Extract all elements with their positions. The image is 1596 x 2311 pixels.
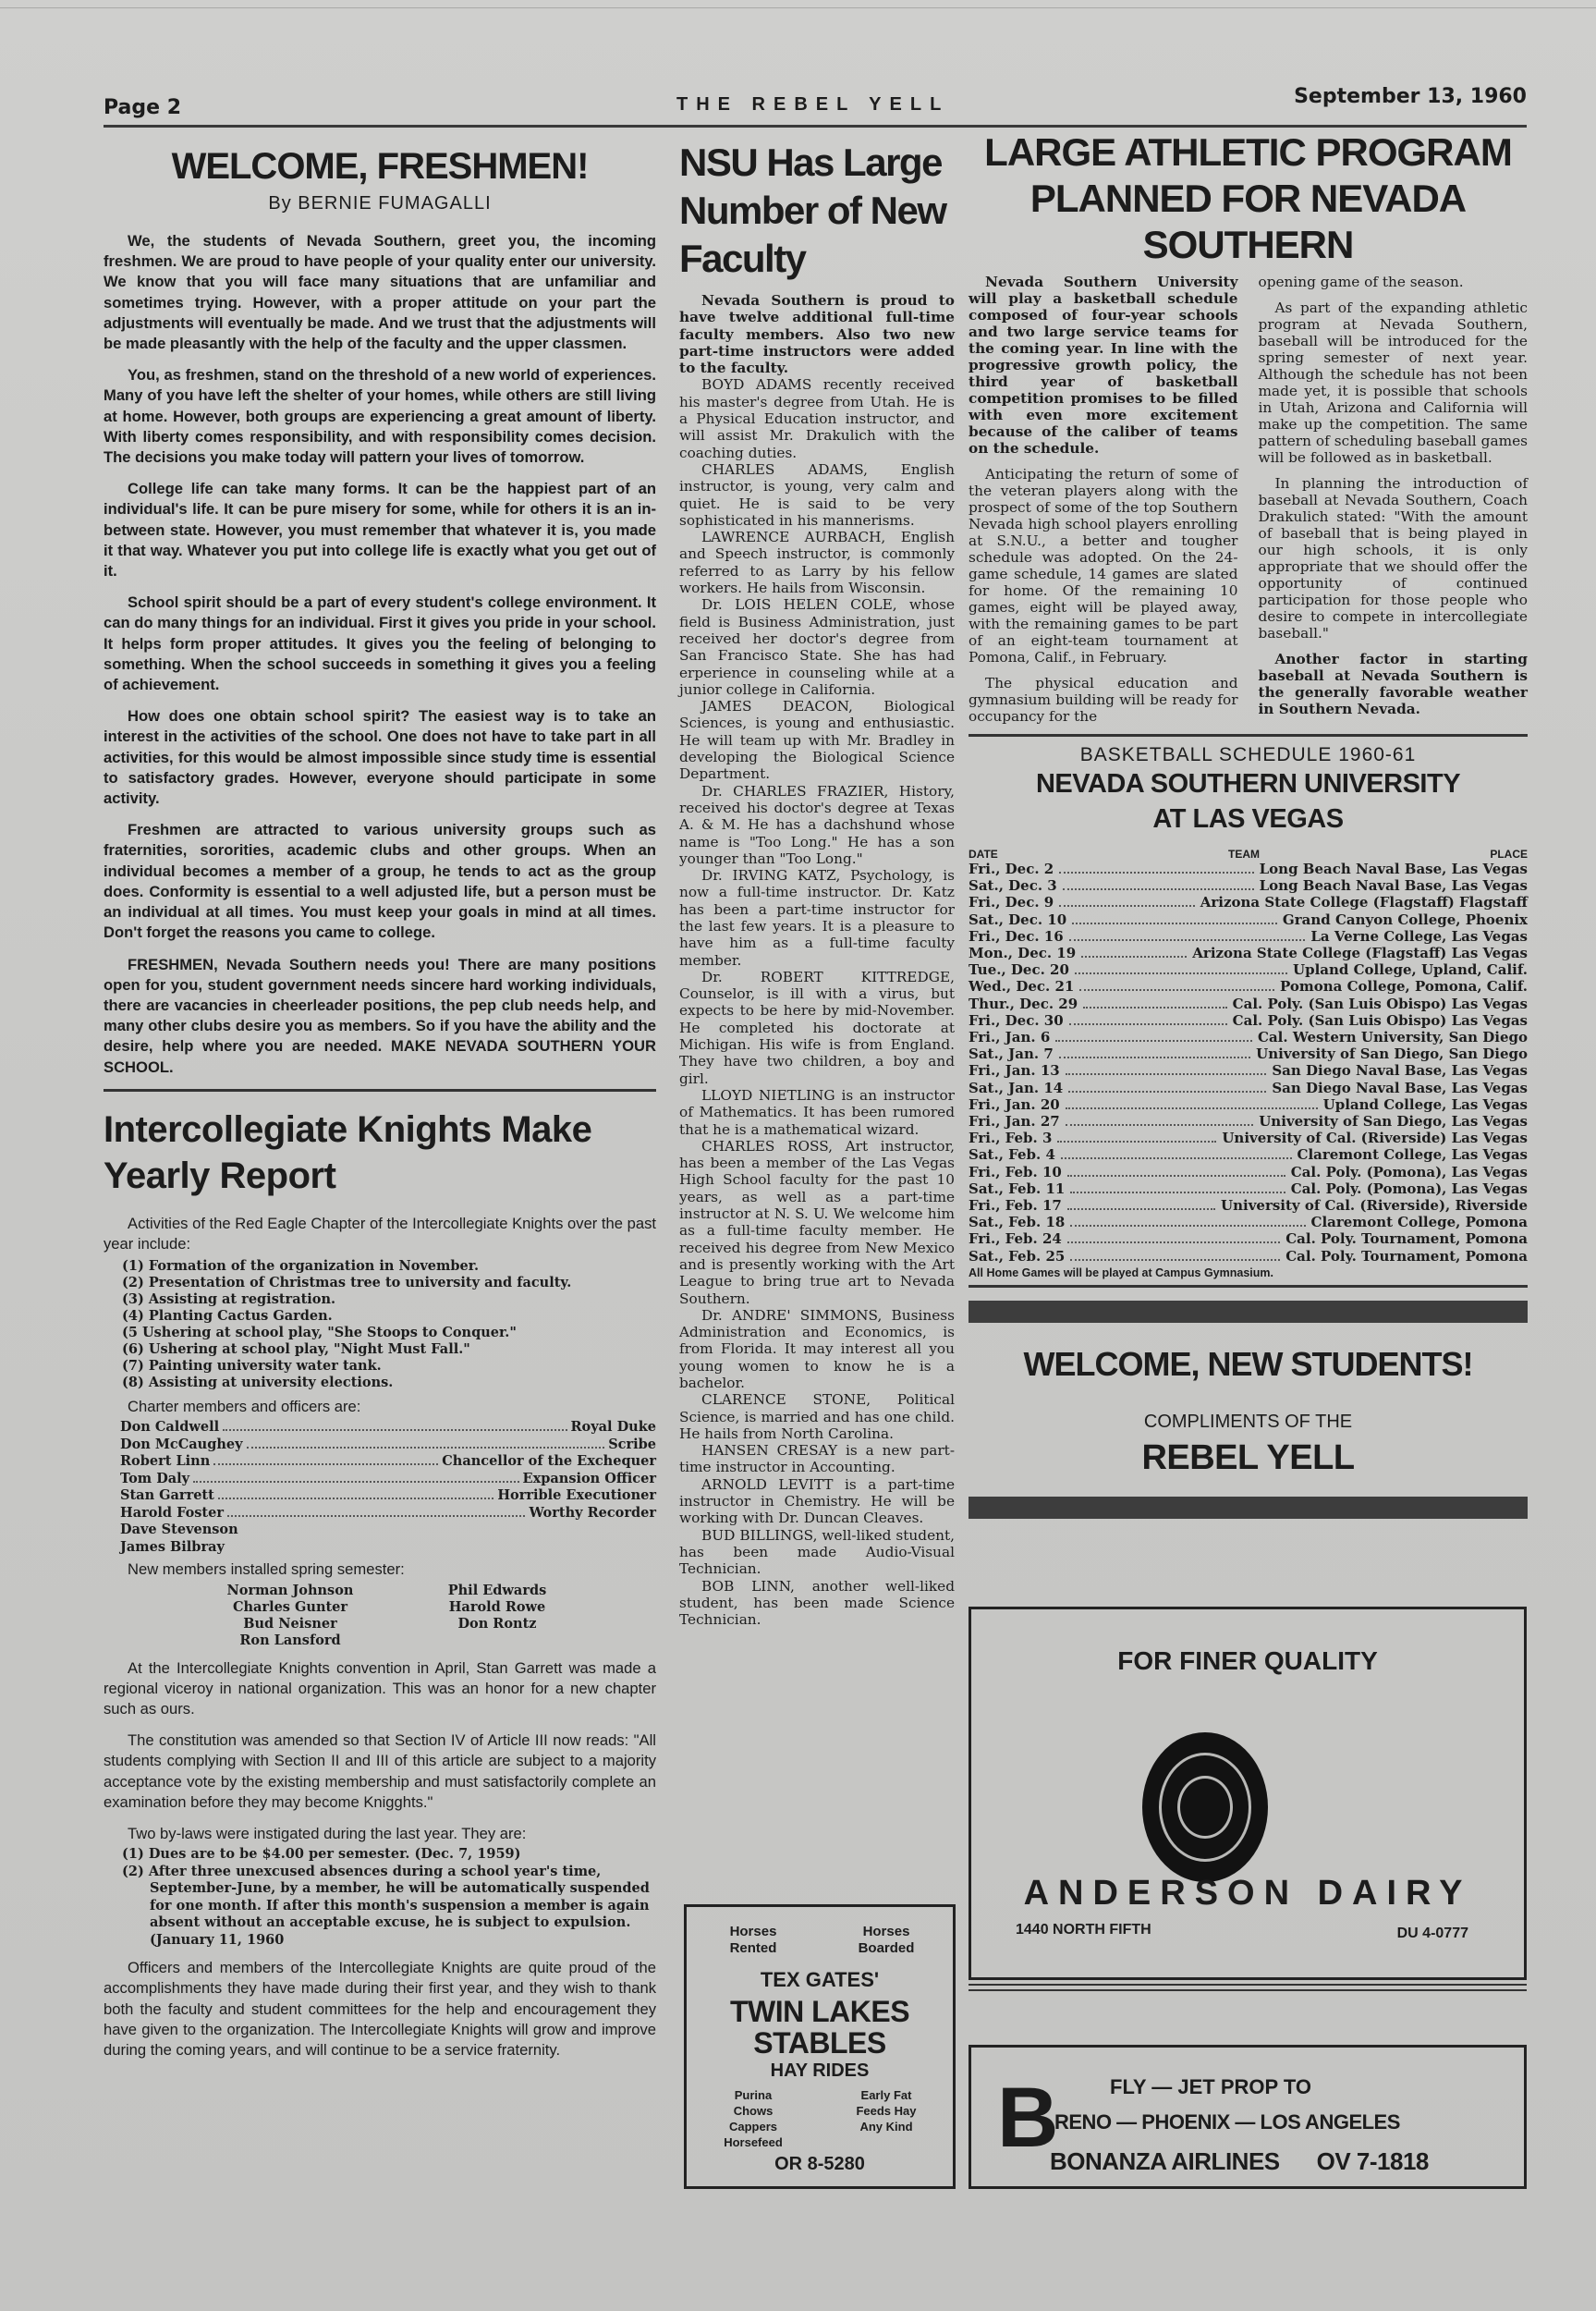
bylaws-list: (1) Dues are to be $4.00 per semester. (… <box>122 1846 656 1949</box>
game-date: Sat., Jan. 14 <box>969 1080 1063 1096</box>
leader-dots <box>1066 1073 1267 1075</box>
ad-twin-lakes-stables: Horses RentedHorses Boarded TEX GATES' T… <box>684 1904 956 2189</box>
leader-dots <box>1081 956 1187 958</box>
paragraph: CHARLES ROSS, Art instructor, has been a… <box>679 1138 955 1307</box>
page-number: Page 2 <box>104 96 181 119</box>
game-date: Fri., Feb. 3 <box>969 1130 1052 1146</box>
officer-name: James Bilbray <box>120 1539 225 1557</box>
game-opponent-place: Cal. Poly. (San Luis Obispo) Las Vegas <box>1233 996 1528 1012</box>
officer-name: Robert Linn <box>120 1453 210 1471</box>
game-date: Fri., Feb. 10 <box>969 1164 1062 1180</box>
game-date: Sat., Jan. 7 <box>969 1045 1054 1062</box>
ad-business-name: BONANZA AIRLINES <box>1050 2147 1280 2175</box>
member-name: Norman Johnson <box>187 1583 394 1599</box>
ad-line: FLY — JET PROP TO <box>1110 2075 1311 2099</box>
decorative-bar <box>969 1301 1528 1323</box>
member-name: Ron Lansford <box>187 1632 394 1649</box>
officer-role: Horrible Executioner <box>497 1487 656 1505</box>
officer-row: Dave Stevenson <box>120 1522 656 1539</box>
game-date: Fri., Jan. 6 <box>969 1029 1050 1045</box>
game-opponent-place: Pomona College, Pomona, Calif. <box>1280 978 1528 995</box>
officer-row: Tom DalyExpansion Officer <box>120 1471 656 1488</box>
officer-row: Robert LinnChancellor of the Exchequer <box>120 1453 656 1471</box>
paragraph: As part of the expanding athletic progra… <box>1259 300 1529 466</box>
paragraph: Another factor in starting baseball at N… <box>1259 651 1529 717</box>
game-date: Fri., Jan. 27 <box>969 1113 1060 1130</box>
leader-dots <box>1079 989 1274 991</box>
schedule-row: Fri., Jan. 6Cal. Western University, San… <box>969 1029 1528 1045</box>
new-members-list: Norman JohnsonPhil EdwardsCharles Gunter… <box>187 1583 601 1649</box>
game-date: Fri., Dec. 30 <box>969 1012 1064 1029</box>
ad-text: Horses Rented <box>712 1924 795 1957</box>
ad-owner: TEX GATES' <box>687 1968 953 1992</box>
athletic-left-column: Nevada Southern University will play a b… <box>969 274 1238 734</box>
paragraph: Dr. ROBERT KITTREDGE, Counselor, is ill … <box>679 969 955 1087</box>
issue-date: September 13, 1960 <box>1294 85 1527 108</box>
game-opponent-place: Claremont College, Las Vegas <box>1298 1146 1529 1163</box>
schedule-table: Fri., Dec. 2Long Beach Naval Base, Las V… <box>969 861 1528 1265</box>
game-date: Wed., Dec. 21 <box>969 978 1074 995</box>
leader-dots <box>1070 1225 1305 1227</box>
game-date: Fri., Dec. 9 <box>969 894 1054 911</box>
game-opponent-place: University of San Diego, Las Vegas <box>1259 1113 1528 1130</box>
ad-anderson-dairy: FOR FINER QUALITY ANDERSON DAIRY 1440 NO… <box>969 1607 1527 1980</box>
paragraph: BUD BILLINGS, well-liked student, has be… <box>679 1527 955 1578</box>
masthead-rule <box>104 125 1527 128</box>
game-opponent-place: Grand Canyon College, Phoenix <box>1283 911 1528 928</box>
game-date: Mon., Dec. 19 <box>969 945 1076 961</box>
column-right: LARGE ATHLETIC PROGRAM PLANNED FOR NEVAD… <box>969 129 1528 1532</box>
schedule-row: Sat., Feb. 18Claremont College, Pomona <box>969 1214 1528 1230</box>
paragraph: Dr. LOIS HELEN COLE, whose field is Busi… <box>679 596 955 698</box>
leader-dots <box>1067 1208 1215 1210</box>
game-opponent-place: La Verne College, Las Vegas <box>1310 928 1528 945</box>
paragraph: School spirit should be a part of every … <box>104 593 656 695</box>
ad-paper-name: REBEL YELL <box>969 1438 1528 1478</box>
game-date: Tue., Dec. 20 <box>969 961 1069 978</box>
game-opponent-place: Arizona State College (Flagstaff) Las Ve… <box>1192 945 1528 961</box>
paragraph: Dr. CHARLES FRAZIER, History, received h… <box>679 783 955 867</box>
schedule-row: Sat., Dec. 10Grand Canyon College, Phoen… <box>969 911 1528 928</box>
game-date: Fri., Dec. 2 <box>969 861 1054 877</box>
game-date: Sat., Feb. 18 <box>969 1214 1065 1230</box>
paragraph: FRESHMEN, Nevada Southern needs you! The… <box>104 955 656 1078</box>
game-date: Sat., Dec. 10 <box>969 911 1066 928</box>
game-opponent-place: Long Beach Naval Base, Las Vegas <box>1260 877 1528 894</box>
paragraph: Freshmen are attracted to various univer… <box>104 820 656 943</box>
officer-name: Dave Stevenson <box>120 1522 238 1539</box>
paragraph: CLARENCE STONE, Political Science, is ma… <box>679 1391 955 1442</box>
ad-text: Horses Boarded <box>845 1924 928 1957</box>
schedule-row: Sat., Dec. 3Long Beach Naval Base, Las V… <box>969 877 1528 894</box>
new-members-label: New members installed spring semester: <box>104 1559 656 1580</box>
officer-role: Royal Duke <box>571 1419 657 1437</box>
bylaws-label: Two by-laws were instigated during the l… <box>104 1824 656 1844</box>
schedule-row: Fri., Dec. 16La Verne College, Las Vegas <box>969 928 1528 945</box>
schedule-row: Sat., Feb. 25Cal. Poly. Tournament, Pomo… <box>969 1248 1528 1265</box>
decorative-bar <box>969 1497 1528 1519</box>
officers-label: Charter members and officers are: <box>104 1397 656 1417</box>
officer-row: Stan GarrettHorrible Executioner <box>120 1487 656 1505</box>
game-opponent-place: Claremont College, Pomona <box>1311 1214 1528 1230</box>
member-name <box>394 1632 601 1649</box>
game-date: Fri., Jan. 13 <box>969 1062 1060 1079</box>
paragraph: BOYD ADAMS recently received his master'… <box>679 376 955 460</box>
member-name: Harold Rowe <box>394 1599 601 1616</box>
activity-item: (3) Assisting at registration. <box>122 1291 656 1308</box>
target-circle-icon <box>1142 1732 1268 1882</box>
game-opponent-place: Upland College, Upland, Calif. <box>1293 961 1528 978</box>
paragraph: How does one obtain school spirit? The e… <box>104 706 656 809</box>
bylaw-item: (1) Dues are to be $4.00 per semester. (… <box>122 1846 656 1864</box>
ad-business-name: ANDERSON DAIRY <box>971 1874 1524 1914</box>
schedule-row: Wed., Dec. 21Pomona College, Pomona, Cal… <box>969 978 1528 995</box>
game-opponent-place: Cal. Poly. (San Luis Obispo) Las Vegas <box>1233 1012 1528 1029</box>
schedule-school-location: AT LAS VEGAS <box>969 801 1528 837</box>
leader-dots <box>1066 1107 1318 1109</box>
ad-welcome-new-students: WELCOME, NEW STUDENTS! COMPLIMENTS OF TH… <box>969 1345 1528 1478</box>
headline-new-faculty: NSU Has Large Number of New Faculty <box>679 139 955 283</box>
ad-text: Early Fat Feeds Hay Any Kind <box>849 2087 923 2150</box>
game-date: Thur., Dec. 29 <box>969 996 1078 1012</box>
schedule-row: Sat., Feb. 11Cal. Poly. (Pomona), Las Ve… <box>969 1180 1528 1197</box>
headline-athletic: LARGE ATHLETIC PROGRAM PLANNED FOR NEVAD… <box>969 129 1528 268</box>
officer-row: Don CaldwellRoyal Duke <box>120 1419 656 1437</box>
activity-item: (1) Formation of the organization in Nov… <box>122 1258 656 1275</box>
newspaper-page: Page 2 THE REBEL YELL September 13, 1960… <box>0 0 1596 2311</box>
game-opponent-place: Cal. Poly. Tournament, Pomona <box>1285 1248 1528 1265</box>
schedule-row: Thur., Dec. 29Cal. Poly. (San Luis Obisp… <box>969 996 1528 1012</box>
member-name: Don Rontz <box>394 1616 601 1632</box>
section-divider <box>969 1984 1527 1991</box>
column-middle: NSU Has Large Number of New Faculty Neva… <box>679 139 955 1628</box>
schedule-row: Sat., Feb. 4Claremont College, Las Vegas <box>969 1146 1528 1163</box>
officer-role: Worthy Recorder <box>529 1505 656 1522</box>
officer-row: Harold FosterWorthy Recorder <box>120 1505 656 1522</box>
game-opponent-place: San Diego Naval Base, Las Vegas <box>1272 1080 1528 1096</box>
game-date: Sat., Dec. 3 <box>969 877 1057 894</box>
section-divider <box>969 1285 1528 1288</box>
leader-dots <box>218 1498 493 1499</box>
leader-dots <box>1063 888 1254 890</box>
leader-dots <box>1067 1241 1280 1243</box>
schedule-row: Fri., Jan. 13San Diego Naval Base, Las V… <box>969 1062 1528 1079</box>
schedule-row: Fri., Feb. 10Cal. Poly. (Pomona), Las Ve… <box>969 1164 1528 1180</box>
game-opponent-place: Cal. Poly. (Pomona), Las Vegas <box>1291 1180 1528 1197</box>
game-opponent-place: Cal. Western University, San Diego <box>1258 1029 1528 1045</box>
headline-welcome-freshmen: WELCOME, FRESHMEN! <box>104 146 656 188</box>
leader-dots <box>1069 1023 1227 1025</box>
section-divider <box>969 734 1528 737</box>
member-name: Charles Gunter <box>187 1599 394 1616</box>
officer-name: Tom Daly <box>120 1471 189 1488</box>
officers-list: Don CaldwellRoyal DukeDon McCaugheyScrib… <box>120 1419 656 1556</box>
schedule-row: Sat., Jan. 7University of San Diego, San… <box>969 1045 1528 1062</box>
article-welcome-freshmen: WELCOME, FRESHMEN! By BERNIE FUMAGALLI W… <box>104 146 656 1078</box>
schedule-row: Fri., Jan. 27University of San Diego, La… <box>969 1113 1528 1130</box>
paragraph: LAWRENCE AURBACH, English and Speech ins… <box>679 529 955 596</box>
faculty-lead: Nevada Southern is proud to have twelve … <box>679 292 955 376</box>
leader-dots <box>1059 872 1253 874</box>
article-new-faculty: NSU Has Large Number of New Faculty Neva… <box>679 139 955 1628</box>
article-athletic-program: LARGE ATHLETIC PROGRAM PLANNED FOR NEVAD… <box>969 129 1528 734</box>
faculty-paragraphs: BOYD ADAMS recently received his master'… <box>679 376 955 1628</box>
leader-dots <box>1066 1124 1254 1126</box>
ad-tagline: FOR FINER QUALITY <box>971 1646 1524 1676</box>
schedule-row: Fri., Jan. 20Upland College, Las Vegas <box>969 1096 1528 1113</box>
paragraph: CHARLES ADAMS, English instructor, is yo… <box>679 461 955 529</box>
schedule-title: BASKETBALL SCHEDULE 1960-61 <box>969 744 1528 766</box>
activity-item: (4) Planting Cactus Garden. <box>122 1308 656 1325</box>
ad-compliments: COMPLIMENTS OF THE <box>969 1412 1528 1433</box>
paragraph: College life can take many forms. It can… <box>104 479 656 581</box>
game-date: Sat., Feb. 25 <box>969 1248 1065 1265</box>
leader-dots <box>1070 1259 1280 1261</box>
ad-business-name: TWIN LAKES STABLES <box>687 1996 953 2059</box>
activities-list: (1) Formation of the organization in Nov… <box>122 1258 656 1391</box>
leader-dots <box>1072 923 1277 924</box>
paragraph: Dr. ANDRE' SIMMONS, Business Administrat… <box>679 1307 955 1391</box>
leader-dots <box>1061 1157 1292 1159</box>
paragraph: Anticipating the return of some of the v… <box>969 466 1238 666</box>
paragraph: BOB LINN, another well-liked student, ha… <box>679 1578 955 1629</box>
schedule-row: Fri., Feb. 17University of Cal. (Riversi… <box>969 1197 1528 1214</box>
activity-item: (5 Ushering at school play, "She Stoops … <box>122 1325 656 1341</box>
game-opponent-place: Upland College, Las Vegas <box>1323 1096 1528 1113</box>
game-date: Sat., Feb. 4 <box>969 1146 1055 1163</box>
paragraph: Dr. IRVING KATZ, Psychology, is now a fu… <box>679 867 955 969</box>
paragraph: ARNOLD LEVITT is a part-time instructor … <box>679 1476 955 1527</box>
ad-phone: OV 7-1818 <box>1317 2147 1429 2175</box>
paragraph: We, the students of Nevada Southern, gre… <box>104 231 656 354</box>
officer-name: Harold Foster <box>120 1505 224 1522</box>
activity-item: (2) Presentation of Christmas tree to un… <box>122 1275 656 1291</box>
officer-row: Don McCaugheyScribe <box>120 1437 656 1454</box>
leader-dots <box>1075 972 1287 974</box>
game-opponent-place: University of Cal. (Riverside), Riversid… <box>1221 1197 1528 1214</box>
leader-dots <box>193 1481 518 1483</box>
ad-phone: OR 8-5280 <box>687 2154 953 2175</box>
game-opponent-place: University of Cal. (Riverside) Las Vegas <box>1222 1130 1528 1146</box>
schedule-row: Tue., Dec. 20Upland College, Upland, Cal… <box>969 961 1528 978</box>
schedule-row: Fri., Dec. 9Arizona State College (Flags… <box>969 894 1528 911</box>
ad-bonanza-airlines: B FLY — JET PROP TO RENO — PHOENIX — LOS… <box>969 2045 1527 2189</box>
schedule-row: Fri., Feb. 3University of Cal. (Riversid… <box>969 1130 1528 1146</box>
ad-subtitle: HAY RIDES <box>687 2060 953 2082</box>
game-date: Fri., Dec. 16 <box>969 928 1064 945</box>
bylaw-item: (2) After three unexcused absences durin… <box>122 1864 656 1950</box>
ad-line: RENO — PHOENIX — LOS ANGELES <box>1054 2110 1400 2134</box>
leader-dots <box>1057 1141 1216 1143</box>
game-opponent-place: University of San Diego, San Diego <box>1256 1045 1528 1062</box>
officer-role: Chancellor of the Exchequer <box>442 1453 656 1471</box>
game-opponent-place: Long Beach Naval Base, Las Vegas <box>1260 861 1528 877</box>
game-date: Fri., Jan. 20 <box>969 1096 1060 1113</box>
leader-dots <box>1083 1007 1227 1009</box>
basketball-schedule: BASKETBALL SCHEDULE 1960-61 NEVADA SOUTH… <box>969 744 1528 1279</box>
leader-dots <box>213 1463 438 1465</box>
paragraph: JAMES DEACON, Biological Sciences, is yo… <box>679 698 955 782</box>
officer-row: James Bilbray <box>120 1539 656 1557</box>
leader-dots <box>227 1515 525 1517</box>
officer-name: Don Caldwell <box>120 1419 219 1437</box>
section-divider <box>104 1089 656 1092</box>
paragraph: At the Intercollegiate Knights conventio… <box>104 1658 656 1720</box>
schedule-row: Sat., Jan. 14San Diego Naval Base, Las V… <box>969 1080 1528 1096</box>
paragraph: Officers and members of the Intercollegi… <box>104 1958 656 2060</box>
schedule-header: DATE TEAM PLACE <box>969 848 1528 861</box>
schedule-row: Fri., Dec. 30Cal. Poly. (San Luis Obispo… <box>969 1012 1528 1029</box>
schedule-row: Mon., Dec. 19Arizona State College (Flag… <box>969 945 1528 961</box>
game-opponent-place: Cal. Poly. (Pomona), Las Vegas <box>1291 1164 1528 1180</box>
game-date: Fri., Feb. 24 <box>969 1230 1062 1247</box>
schedule-note: All Home Games will be played at Campus … <box>969 1266 1528 1279</box>
paragraph: You, as freshmen, stand on the threshold… <box>104 365 656 468</box>
athletic-right-column: opening game of the season.As part of th… <box>1259 274 1529 734</box>
paper-name: THE REBEL YELL <box>676 94 949 116</box>
paragraph: In planning the introduction of baseball… <box>1259 475 1529 642</box>
game-opponent-place: San Diego Naval Base, Las Vegas <box>1272 1062 1528 1079</box>
schedule-school: NEVADA SOUTHERN UNIVERSITY <box>969 766 1528 801</box>
activity-item: (7) Painting university water tank. <box>122 1358 656 1375</box>
game-date: Sat., Feb. 11 <box>969 1180 1065 1197</box>
col-date: DATE <box>969 848 998 861</box>
schedule-row: Fri., Dec. 2Long Beach Naval Base, Las V… <box>969 861 1528 877</box>
col-place: PLACE <box>1490 848 1528 861</box>
leader-dots <box>1059 905 1195 907</box>
officer-name: Stan Garrett <box>120 1487 214 1505</box>
leader-dots <box>223 1429 567 1431</box>
leader-dots <box>1068 1091 1266 1093</box>
paragraph: opening game of the season. <box>1259 274 1529 290</box>
leader-dots <box>247 1447 605 1449</box>
ad-address: 1440 NORTH FIFTH <box>1016 1922 1151 1938</box>
leader-dots <box>1069 939 1306 941</box>
ad-phone: DU 4-0777 <box>1397 1926 1468 1942</box>
member-name: Bud Neisner <box>187 1616 394 1632</box>
col-team: TEAM <box>1228 848 1260 861</box>
byline: By BERNIE FUMAGALLI <box>104 193 656 214</box>
officer-role: Scribe <box>608 1437 656 1454</box>
paragraph: LLOYD NIETLING is an instructor of Mathe… <box>679 1087 955 1138</box>
member-name: Phil Edwards <box>394 1583 601 1599</box>
masthead: Page 2 THE REBEL YELL September 13, 1960 <box>104 85 1527 122</box>
leader-dots <box>1070 1192 1285 1193</box>
leader-dots <box>1067 1175 1285 1177</box>
paragraph: HANSEN CRESAY is a new part-time instruc… <box>679 1442 955 1476</box>
game-date: Fri., Feb. 17 <box>969 1197 1062 1214</box>
knights-intro: Activities of the Red Eagle Chapter of t… <box>104 1214 656 1254</box>
leader-dots <box>1059 1057 1250 1058</box>
officer-role: Expansion Officer <box>523 1471 656 1488</box>
paragraph: The constitution was amended so that Sec… <box>104 1730 656 1813</box>
paragraph: The physical education and gymnasium bui… <box>969 675 1238 725</box>
headline-knights: Intercollegiate Knights Make Yearly Repo… <box>104 1107 656 1199</box>
activity-item: (8) Assisting at university elections. <box>122 1375 656 1391</box>
page-edge-line <box>0 7 1596 8</box>
leader-dots <box>1055 1040 1252 1042</box>
paragraph: Nevada Southern University will play a b… <box>969 274 1238 457</box>
schedule-row: Fri., Feb. 24Cal. Poly. Tournament, Pomo… <box>969 1230 1528 1247</box>
column-left: WELCOME, FRESHMEN! By BERNIE FUMAGALLI W… <box>104 139 656 2072</box>
game-opponent-place: Arizona State College (Flagstaff) Flagst… <box>1200 894 1528 911</box>
article-knights: Intercollegiate Knights Make Yearly Repo… <box>104 1107 656 2060</box>
activity-item: (6) Ushering at school play, "Night Must… <box>122 1341 656 1358</box>
ad-text: Purina Chows Cappers Horsefeed <box>716 2087 790 2150</box>
officer-name: Don McCaughey <box>120 1437 243 1454</box>
ad-headline: WELCOME, NEW STUDENTS! <box>969 1345 1528 1384</box>
game-opponent-place: Cal. Poly. Tournament, Pomona <box>1285 1230 1528 1247</box>
